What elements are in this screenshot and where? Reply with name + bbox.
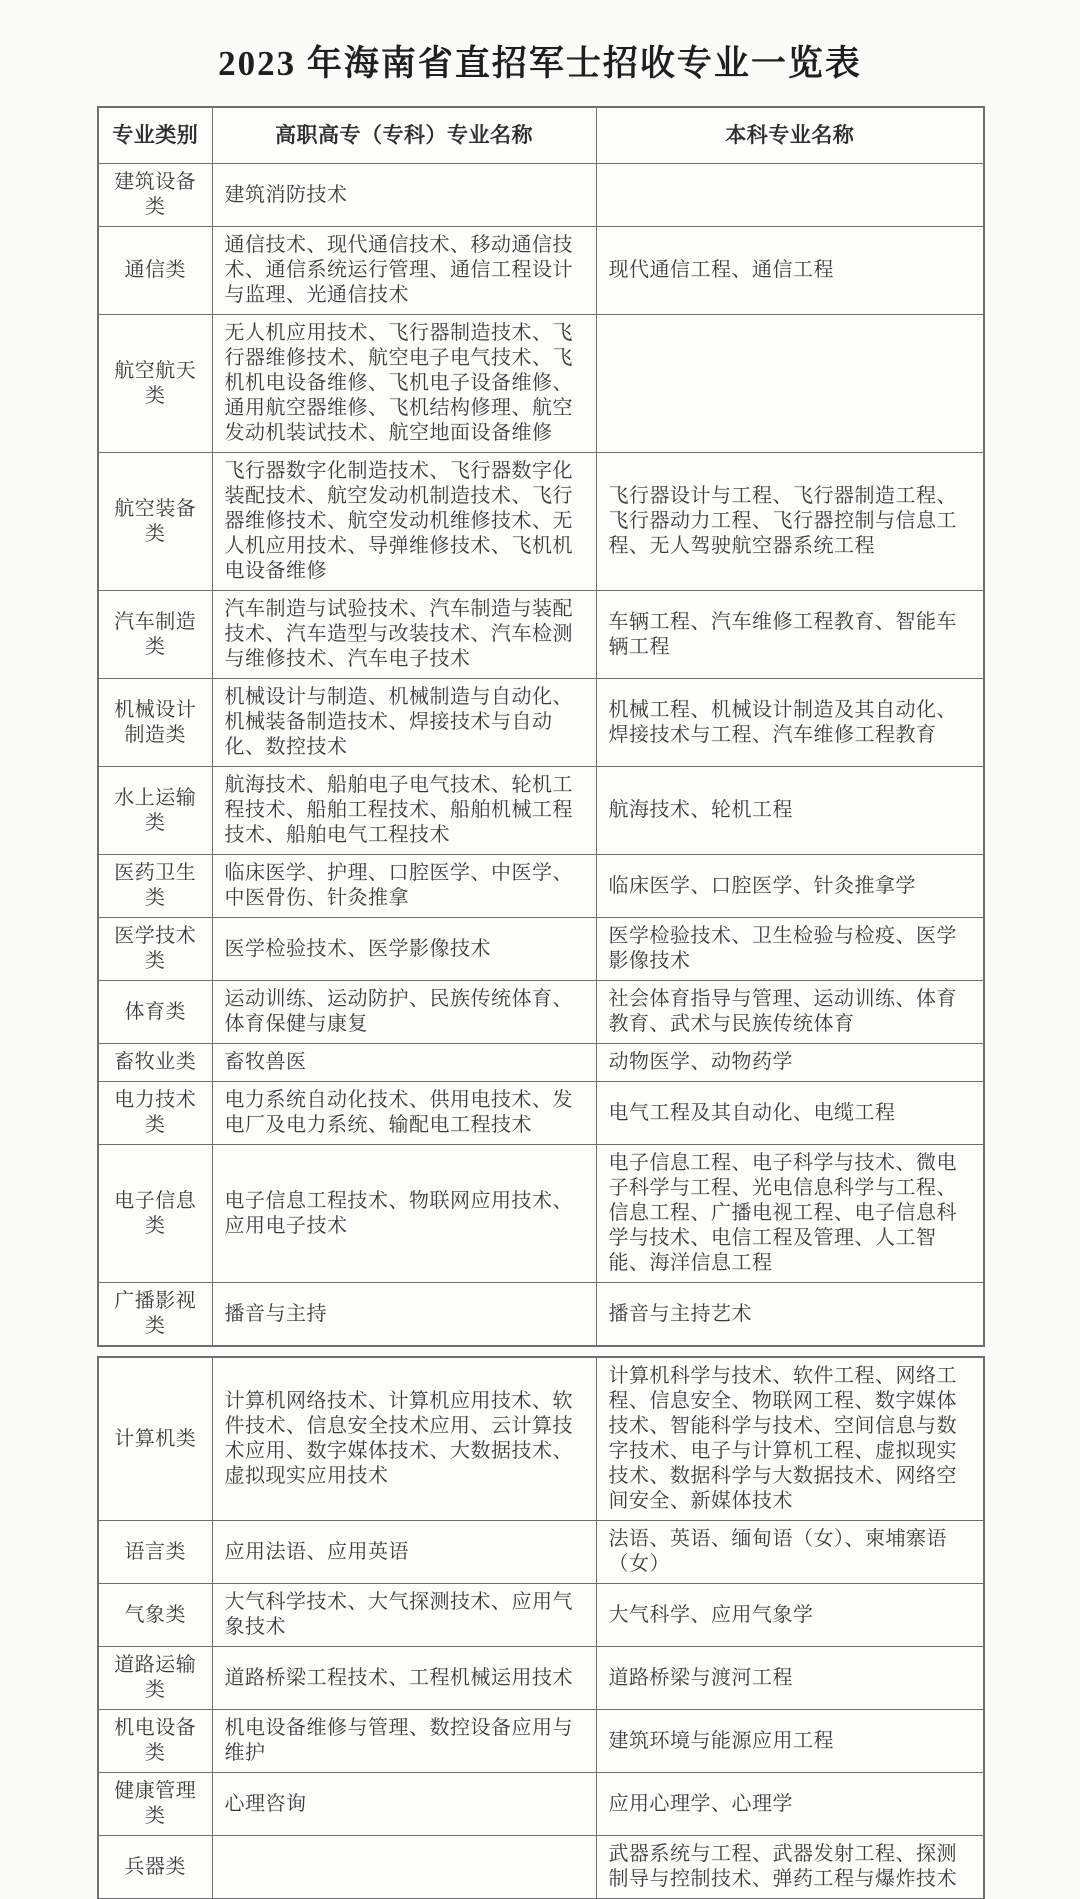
table-row: 机电设备类机电设备维修与管理、数控设备应用与维护建筑环境与能源应用工程 [98,1710,984,1773]
table-row: 电子信息类电子信息工程技术、物联网应用技术、应用电子技术电子信息工程、电子科学与… [98,1145,984,1283]
vocational-majors-cell: 电子信息工程技术、物联网应用技术、应用电子技术 [212,1145,596,1283]
table-row: 医药卫生类临床医学、护理、口腔医学、中医学、中医骨伤、针灸推拿临床医学、口腔医学… [98,855,984,918]
category-cell: 气象类 [98,1584,212,1647]
vocational-majors-cell: 道路桥梁工程技术、工程机械运用技术 [212,1647,596,1710]
undergraduate-majors-cell: 航海技术、轮机工程 [596,767,984,855]
col-header-undergraduate: 本科专业名称 [596,107,984,164]
vocational-majors-cell: 飞行器数字化制造技术、飞行器数字化装配技术、航空发动机制造技术、飞行器维修技术、… [212,453,596,591]
category-cell: 机电设备类 [98,1710,212,1773]
undergraduate-majors-cell: 道路桥梁与渡河工程 [596,1647,984,1710]
vocational-majors-cell: 机电设备维修与管理、数控设备应用与维护 [212,1710,596,1773]
undergraduate-majors-cell: 法语、英语、缅甸语（女）、柬埔寨语（女） [596,1521,984,1584]
category-cell: 广播影视类 [98,1283,212,1347]
category-cell: 医药卫生类 [98,855,212,918]
undergraduate-majors-cell: 机械工程、机械设计制造及其自动化、焊接技术与工程、汽车维修工程教育 [596,679,984,767]
category-cell: 航空装备类 [98,453,212,591]
category-cell: 电力技术类 [98,1082,212,1145]
vocational-majors-cell: 汽车制造与试验技术、汽车制造与装配技术、汽车造型与改装技术、汽车检测与维修技术、… [212,591,596,679]
category-cell: 建筑设备类 [98,164,212,227]
document-page: 2023 年海南省直招军士招收专业一览表 专业类别高职高专（专科）专业名称本科专… [0,0,1080,1899]
vocational-majors-cell: 畜牧兽医 [212,1044,596,1082]
category-cell: 畜牧业类 [98,1044,212,1082]
table-row: 气象类大气科学技术、大气探测技术、应用气象技术大气科学、应用气象学 [98,1584,984,1647]
table-row: 广播影视类播音与主持播音与主持艺术 [98,1283,984,1347]
table-row: 通信类通信技术、现代通信技术、移动通信技术、通信系统运行管理、通信工程设计与监理… [98,227,984,315]
vocational-majors-cell: 播音与主持 [212,1283,596,1347]
table-row: 水上运输类航海技术、船舶电子电气技术、轮机工程技术、船舶工程技术、船舶机械工程技… [98,767,984,855]
undergraduate-majors-cell [596,315,984,453]
undergraduate-majors-cell: 建筑环境与能源应用工程 [596,1710,984,1773]
category-cell: 体育类 [98,981,212,1044]
header-row: 专业类别高职高专（专科）专业名称本科专业名称 [98,107,984,164]
vocational-majors-cell: 心理咨询 [212,1773,596,1836]
table-row: 健康管理类心理咨询应用心理学、心理学 [98,1773,984,1836]
vocational-majors-cell: 临床医学、护理、口腔医学、中医学、中医骨伤、针灸推拿 [212,855,596,918]
category-cell: 汽车制造类 [98,591,212,679]
vocational-majors-cell: 应用法语、应用英语 [212,1521,596,1584]
vocational-majors-cell: 机械设计与制造、机械制造与自动化、机械装备制造技术、焊接技术与自动化、数控技术 [212,679,596,767]
vocational-majors-cell [212,1836,596,1899]
undergraduate-majors-cell: 临床医学、口腔医学、针灸推拿学 [596,855,984,918]
category-cell: 兵器类 [98,1836,212,1899]
vocational-majors-cell: 通信技术、现代通信技术、移动通信技术、通信系统运行管理、通信工程设计与监理、光通… [212,227,596,315]
vocational-majors-cell: 大气科学技术、大气探测技术、应用气象技术 [212,1584,596,1647]
table-row: 电力技术类电力系统自动化技术、供用电技术、发电厂及电力系统、输配电工程技术电气工… [98,1082,984,1145]
category-cell: 机械设计制造类 [98,679,212,767]
undergraduate-majors-cell: 动物医学、动物药学 [596,1044,984,1082]
undergraduate-majors-cell: 飞行器设计与工程、飞行器制造工程、飞行器动力工程、飞行器控制与信息工程、无人驾驶… [596,453,984,591]
table-row: 语言类应用法语、应用英语法语、英语、缅甸语（女）、柬埔寨语（女） [98,1521,984,1584]
table-row: 兵器类武器系统与工程、武器发射工程、探测制导与控制技术、弹药工程与爆炸技术 [98,1836,984,1899]
category-cell: 航空航天类 [98,315,212,453]
vocational-majors-cell: 医学检验技术、医学影像技术 [212,918,596,981]
category-cell: 语言类 [98,1521,212,1584]
vocational-majors-cell: 计算机网络技术、计算机应用技术、软件技术、信息安全技术应用、云计算技术应用、数字… [212,1357,596,1521]
undergraduate-majors-cell: 大气科学、应用气象学 [596,1584,984,1647]
undergraduate-majors-cell: 车辆工程、汽车维修工程教育、智能车辆工程 [596,591,984,679]
majors-table-container: 专业类别高职高专（专科）专业名称本科专业名称建筑设备类建筑消防技术通信类通信技术… [97,106,983,1899]
category-cell: 医学技术类 [98,918,212,981]
vocational-majors-cell: 运动训练、运动防护、民族传统体育、体育保健与康复 [212,981,596,1044]
vocational-majors-cell: 无人机应用技术、飞行器制造技术、飞行器维修技术、航空电子电气技术、飞机机电设备维… [212,315,596,453]
vocational-majors-cell: 航海技术、船舶电子电气技术、轮机工程技术、船舶工程技术、船舶机械工程技术、船舶电… [212,767,596,855]
undergraduate-majors-cell: 电子信息工程、电子科学与技术、微电子科学与工程、光电信息科学与工程、信息工程、广… [596,1145,984,1283]
category-cell: 水上运输类 [98,767,212,855]
table-row: 体育类运动训练、运动防护、民族传统体育、体育保健与康复社会体育指导与管理、运动训… [98,981,984,1044]
undergraduate-majors-cell: 医学检验技术、卫生检验与检疫、医学影像技术 [596,918,984,981]
col-header-category: 专业类别 [98,107,212,164]
page-title: 2023 年海南省直招军士招收专业一览表 [0,36,1080,86]
table-row: 航空航天类无人机应用技术、飞行器制造技术、飞行器维修技术、航空电子电气技术、飞机… [98,315,984,453]
majors-table-section: 专业类别高职高专（专科）专业名称本科专业名称建筑设备类建筑消防技术通信类通信技术… [97,106,985,1347]
table-row: 畜牧业类畜牧兽医动物医学、动物药学 [98,1044,984,1082]
col-header-vocational: 高职高专（专科）专业名称 [212,107,596,164]
undergraduate-majors-cell: 电气工程及其自动化、电缆工程 [596,1082,984,1145]
category-cell: 道路运输类 [98,1647,212,1710]
undergraduate-majors-cell [596,164,984,227]
category-cell: 通信类 [98,227,212,315]
majors-table-section: 计算机类计算机网络技术、计算机应用技术、软件技术、信息安全技术应用、云计算技术应… [97,1356,985,1899]
table-row: 医学技术类医学检验技术、医学影像技术医学检验技术、卫生检验与检疫、医学影像技术 [98,918,984,981]
category-cell: 健康管理类 [98,1773,212,1836]
table-row: 道路运输类道路桥梁工程技术、工程机械运用技术道路桥梁与渡河工程 [98,1647,984,1710]
table-row: 建筑设备类建筑消防技术 [98,164,984,227]
table-row: 汽车制造类汽车制造与试验技术、汽车制造与装配技术、汽车造型与改装技术、汽车检测与… [98,591,984,679]
table-row: 机械设计制造类机械设计与制造、机械制造与自动化、机械装备制造技术、焊接技术与自动… [98,679,984,767]
undergraduate-majors-cell: 现代通信工程、通信工程 [596,227,984,315]
vocational-majors-cell: 电力系统自动化技术、供用电技术、发电厂及电力系统、输配电工程技术 [212,1082,596,1145]
undergraduate-majors-cell: 应用心理学、心理学 [596,1773,984,1836]
category-cell: 计算机类 [98,1357,212,1521]
table-row: 计算机类计算机网络技术、计算机应用技术、软件技术、信息安全技术应用、云计算技术应… [98,1357,984,1521]
undergraduate-majors-cell: 播音与主持艺术 [596,1283,984,1347]
category-cell: 电子信息类 [98,1145,212,1283]
undergraduate-majors-cell: 社会体育指导与管理、运动训练、体育教育、武术与民族传统体育 [596,981,984,1044]
vocational-majors-cell: 建筑消防技术 [212,164,596,227]
undergraduate-majors-cell: 计算机科学与技术、软件工程、网络工程、信息安全、物联网工程、数字媒体技术、智能科… [596,1357,984,1521]
undergraduate-majors-cell: 武器系统与工程、武器发射工程、探测制导与控制技术、弹药工程与爆炸技术 [596,1836,984,1899]
table-row: 航空装备类飞行器数字化制造技术、飞行器数字化装配技术、航空发动机制造技术、飞行器… [98,453,984,591]
